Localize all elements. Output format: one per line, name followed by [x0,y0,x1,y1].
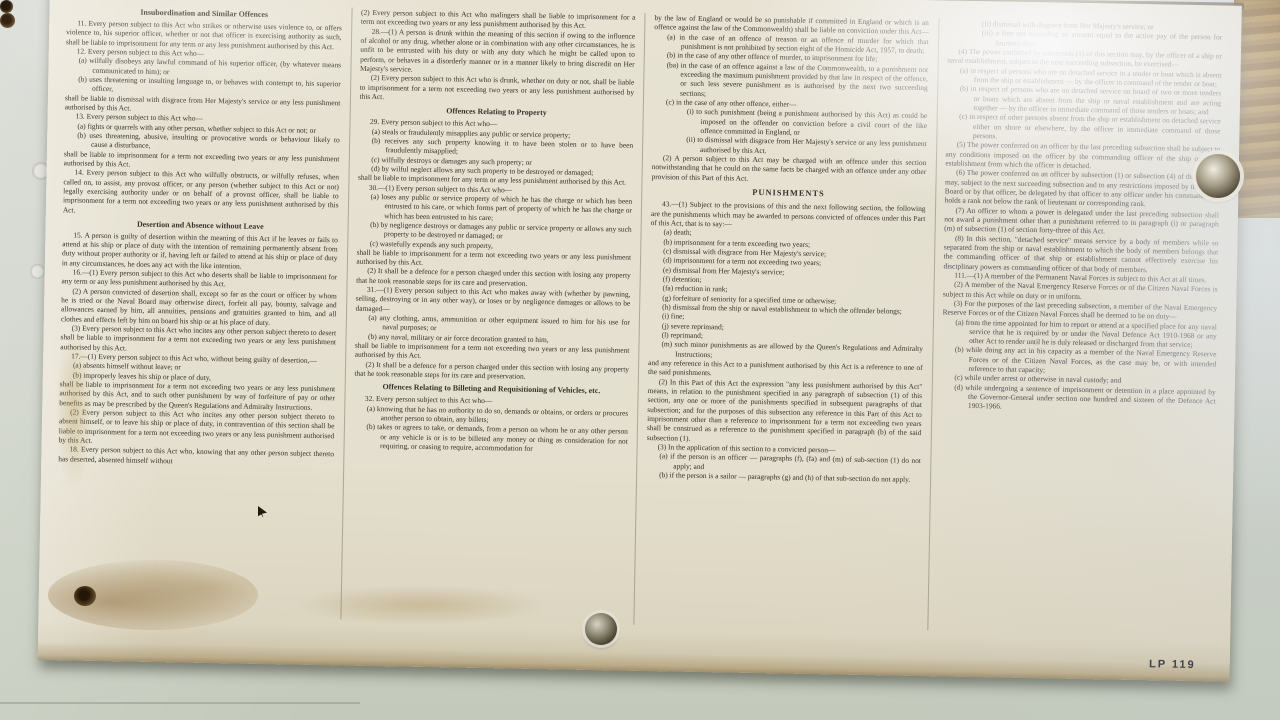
text-column-1: Insubordination and Similar Offences11. … [46,2,351,619]
screw-hole-bottom-right [0,13,15,28]
paragraph: (7) An officer to whom a power is delega… [944,205,1219,238]
paragraph: (2) In this Part of this Act the express… [647,377,923,447]
paragraph: (d) while undergoing a sentence of impri… [941,382,1216,415]
paragraph: (8) In this section, "detached service" … [943,233,1218,275]
document-sheet: Insubordination and Similar Offences11. … [38,0,1242,682]
screw-right-edge [1196,154,1240,198]
wall-seam [0,702,360,704]
text-column-2: (2) Every person subject to this Act who… [340,8,645,625]
paragraph: 28.—(1) A person is drunk within the mea… [360,26,635,78]
wall-hole [30,264,45,279]
text-columns: Insubordination and Similar Offences11. … [46,2,1231,635]
plate-code: LP 119 [1149,658,1196,671]
paragraph: (2) Every person subject to this Act who… [359,73,634,106]
text-column-3: by the law of England or would be so pun… [633,13,938,630]
paragraph: (2) A person convicted of desertion shal… [61,286,337,328]
paragraph: 15. A person is guilty of desertion with… [62,230,338,272]
screw-bottom-center [585,613,617,645]
screw-hole-right-mid [0,0,13,13]
paragraph: (b) takes or agrees to take, or demands,… [353,422,628,455]
paragraph: (2) Every person subject to this Act who… [59,407,335,449]
paragraph: (2) It shall be a defence for a person c… [354,359,629,383]
paper-bottom-edge [38,642,1230,682]
paragraph: (2) A person subject to this Act may be … [651,153,926,186]
section-heading: PUNISHMENTS [651,186,926,202]
paragraph: 18. Every person subject to this Act who… [58,445,334,469]
paragraph: (6) The power conferred on an officer by… [945,168,1220,210]
photo-backdrop: Insubordination and Similar Offences11. … [0,0,1280,720]
paragraph: 43.—(1) Subject to the provisions of thi… [651,200,926,233]
screw-hole-bottom-left [74,586,96,606]
text-column-4: (ii) dismissal with disgrace from Her Ma… [927,18,1232,635]
paragraph: 14. Every person subject to this Act who… [63,167,339,219]
paragraph: (ba) in the case of an offence against a… [653,60,928,102]
